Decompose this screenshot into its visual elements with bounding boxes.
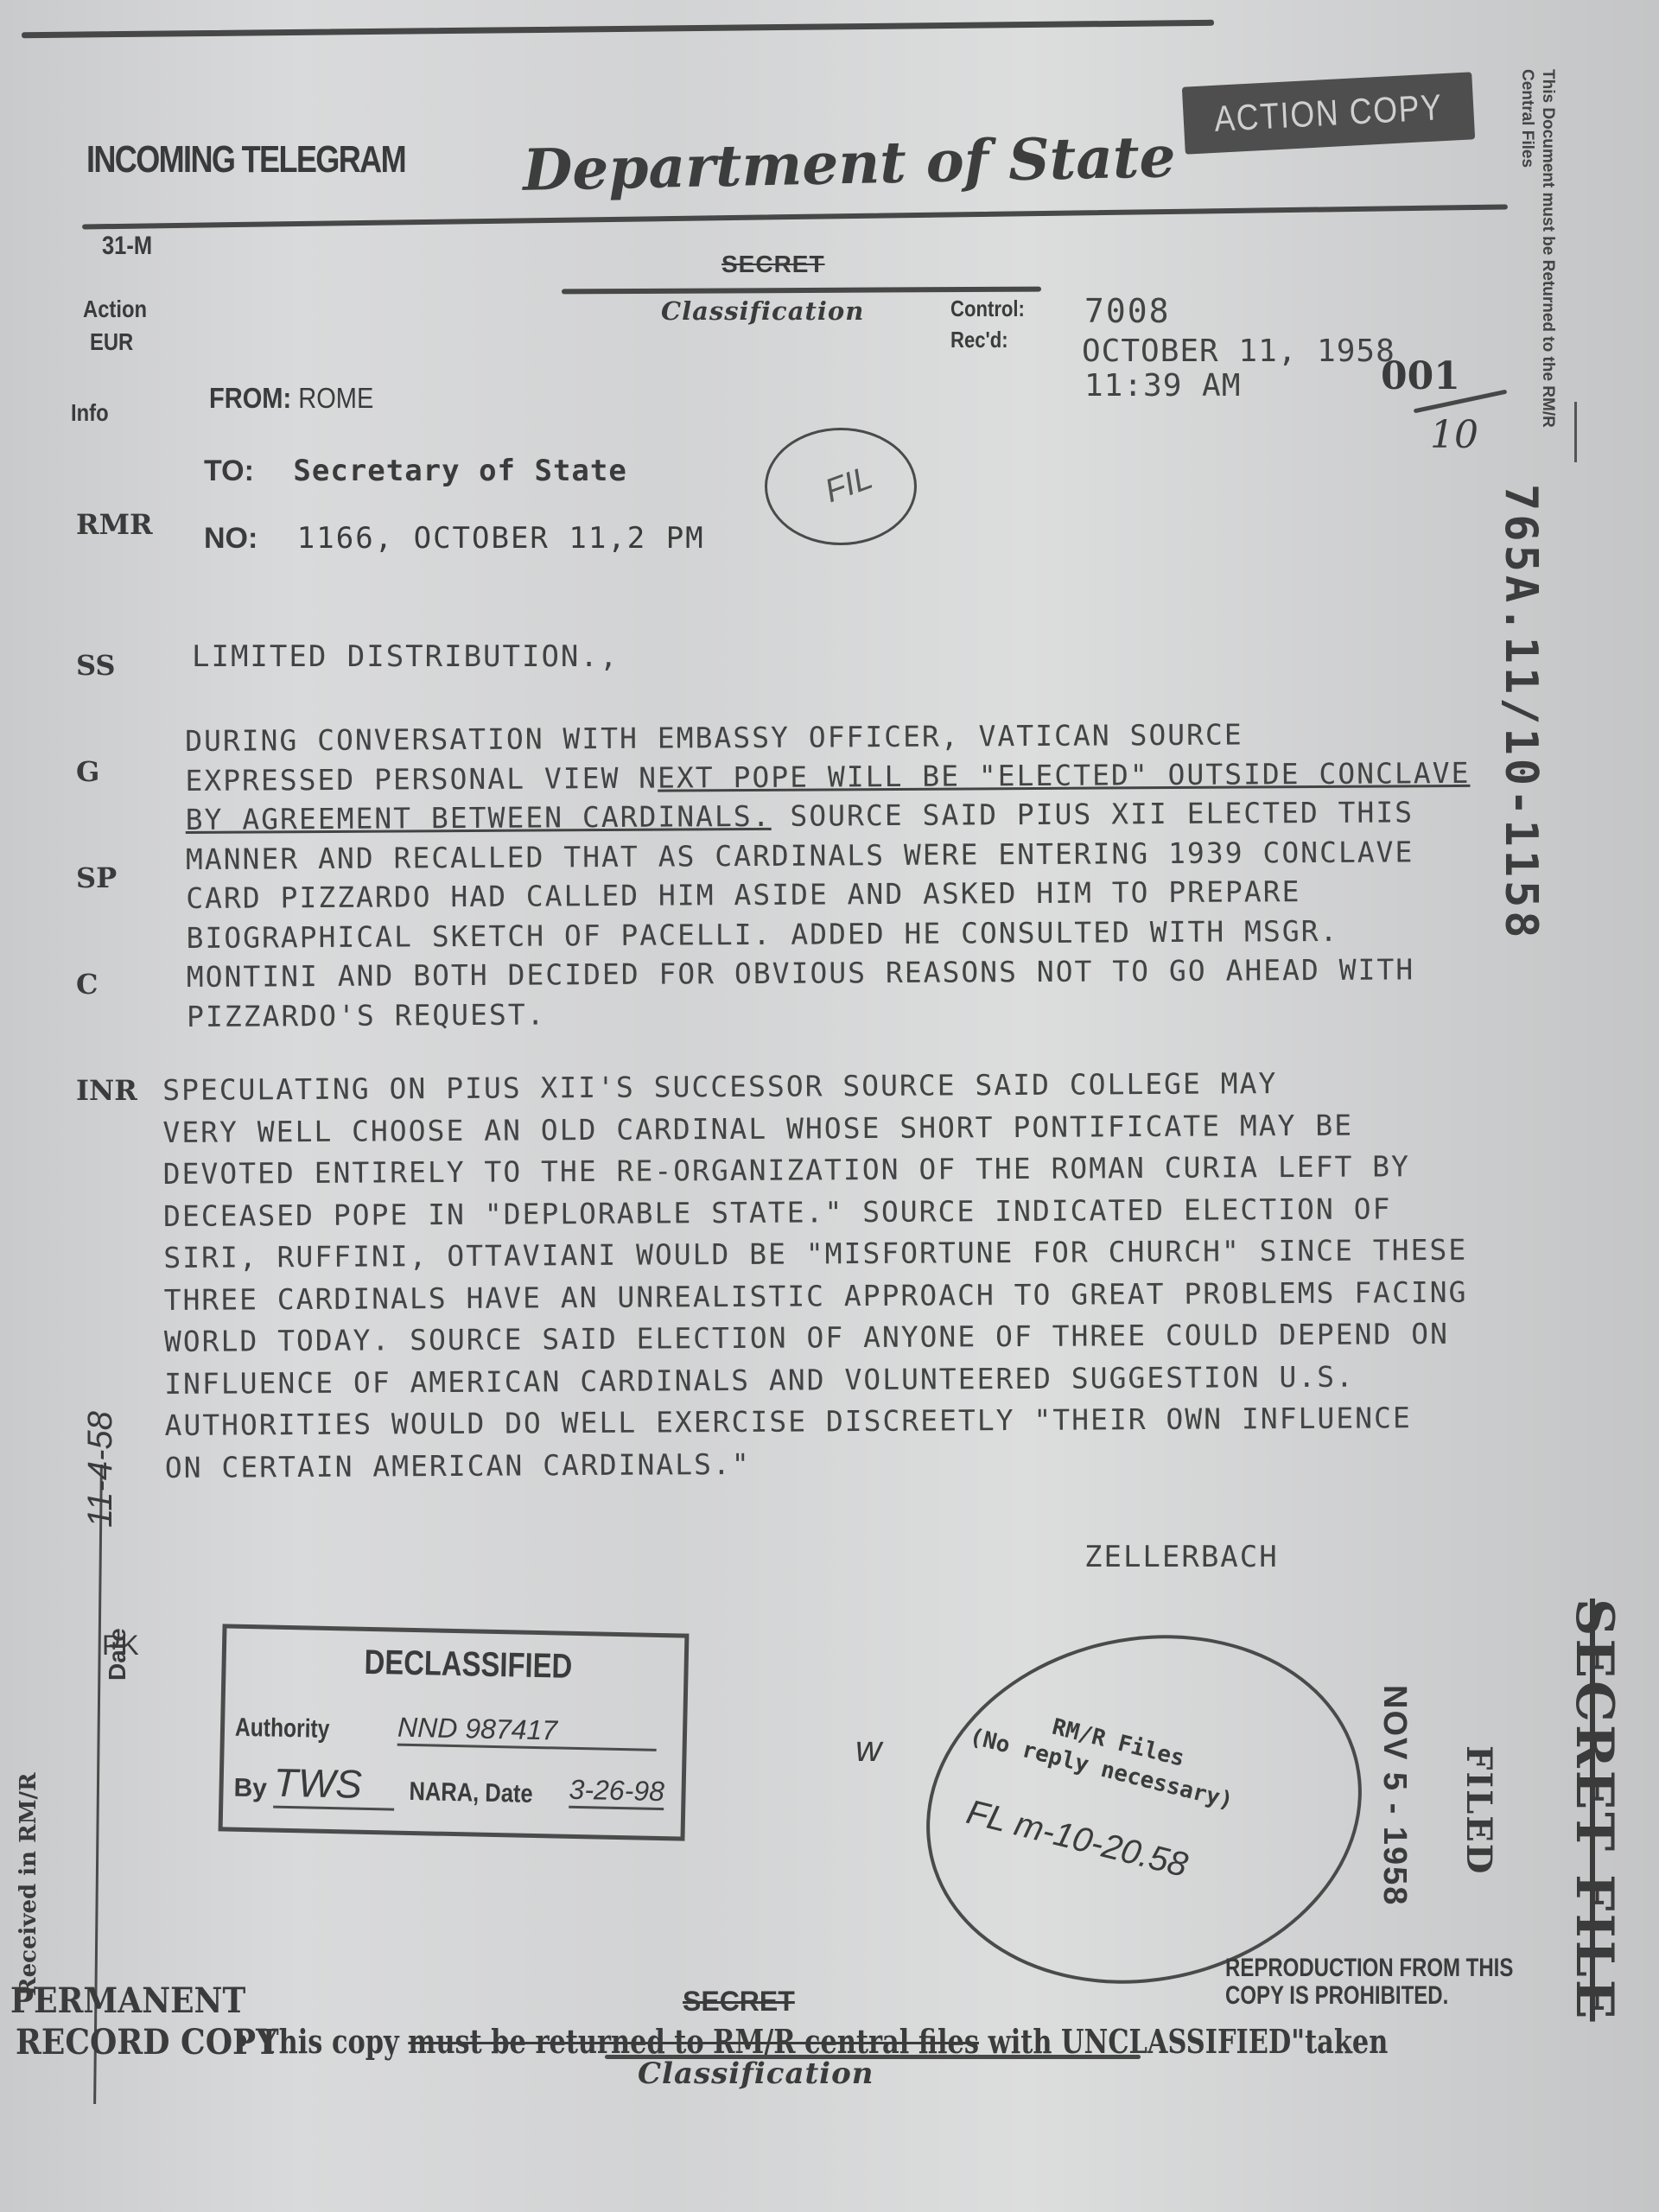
authority-value: NND 987417 [397, 1712, 658, 1751]
body-line: PIZZARDO'S REQUEST. [187, 988, 1471, 1036]
to-label: TO: [204, 454, 254, 487]
info-label: Info [71, 399, 109, 427]
body-text: SOURCE SAID PIUS XII ELECTED THIS [771, 795, 1414, 833]
body-line: SIRI, RUFFINI, OTTAVIANI WOULD BE "MISFO… [163, 1230, 1467, 1280]
body-text: EXPRESSED PERSONAL VIEW N [185, 760, 658, 797]
body-line: WORLD TODAY. SOURCE SAID ELECTION OF ANY… [164, 1313, 1468, 1363]
classification-label-bottom: Classification [638, 2056, 874, 2091]
action-copy-stamp: ACTION COPY [1182, 72, 1475, 154]
info-item: RMR [76, 507, 153, 543]
underlined-text: EXT POPE WILL BE "ELECTED" OUTSIDE CONCL… [658, 755, 1471, 794]
filed-date-stamp: NOV 5 - 1958 [1376, 1685, 1413, 1906]
control-value: 7008 [1084, 292, 1171, 330]
control-label: Control: [950, 296, 1025, 322]
info-item: SP [76, 861, 153, 896]
declassified-title: DECLASSIFIED [364, 1643, 572, 1687]
body-line: DEVOTED ENTIRELY TO THE RE-ORGANIZATION … [163, 1146, 1467, 1196]
file-mark-top: 001 [1381, 354, 1460, 398]
nara-date-value: 3-26-98 [569, 1774, 664, 1810]
info-routing-list: RMR SS G SP C INR [76, 436, 153, 1179]
received-date: OCTOBER 11, 1958 [1082, 334, 1395, 369]
info-item: INR [76, 1073, 153, 1109]
by-signature: TWS [273, 1759, 395, 1811]
reference-number: 31-M [102, 232, 152, 261]
body-line: SPECULATING ON PIUS XII'S SUCCESSOR SOUR… [162, 1062, 1466, 1112]
classification-value-top: SECRET [721, 251, 825, 278]
action-value: EUR [90, 328, 133, 356]
header-rule [82, 204, 1508, 229]
from-row: FROM: ROME [209, 382, 373, 415]
classification-rule-top [562, 287, 1041, 295]
by-label: By [233, 1774, 267, 1804]
authority-label: Authority [235, 1713, 330, 1745]
underlined-text: BY AGREEMENT BETWEEN CARDINALS. [186, 799, 772, 836]
decimal-file-number: 765A.11/10-1158 [1495, 484, 1547, 942]
return-to-central-files-notice: This Document must be Returned to the RM… [1516, 69, 1558, 432]
to-row: TO: Secretary of State [204, 454, 627, 488]
body-paragraph-2: SPECULATING ON PIUS XII'S SUCCESSOR SOUR… [162, 1062, 1469, 1489]
filed-stamp: FILED [1459, 1745, 1499, 1875]
info-item: C [76, 967, 153, 1002]
body-line: AUTHORITIES WOULD DO WELL EXERCISE DISCR… [164, 1397, 1468, 1447]
number-label: NO: [204, 522, 257, 555]
received-time: 11:39 AM [1084, 368, 1241, 404]
permanent-label: PERMANENT [10, 1980, 245, 2021]
agency-title: Department of State [522, 123, 1176, 204]
file-mark-bottom: 10 [1430, 413, 1478, 457]
telegram-document: INCOMING TELEGRAM Department of State AC… [0, 0, 1659, 2212]
margin-date-handwritten: 11-4-58 [81, 1411, 120, 1528]
number-value: 1166, OCTOBER 11,2 PM [297, 521, 705, 556]
body-line: MONTINI AND BOTH DECIDED FOR OBVIOUS REA… [187, 950, 1471, 997]
secret-file-stamp: SECRET FILE [1564, 1599, 1624, 2022]
rm-side-mark: w [855, 1728, 881, 1770]
body-line: ON CERTAIN AMERICAN CARDINALS." [165, 1439, 1469, 1489]
declassified-stamp: DECLASSIFIED Authority NND 987417 By TWS… [219, 1624, 690, 1840]
from-label: FROM: [209, 382, 291, 414]
classification-value-bottom: SECRET [683, 1986, 795, 2018]
from-value: ROME [298, 382, 373, 414]
signer-name: ZELLERBACH [1084, 1540, 1279, 1574]
margin-rule [1574, 402, 1577, 462]
top-rule [22, 20, 1214, 38]
nara-date-label: NARA, Date [409, 1777, 533, 1809]
reproduction-prohibited-notice: REPRODUCTION FROM THIS COPY IS PROHIBITE… [1225, 1955, 1513, 2010]
distribution-notice: LIMITED DISTRIBUTION., [192, 639, 619, 674]
number-row: NO: 1166, OCTOBER 11,2 PM [204, 521, 705, 556]
body-paragraph-1: DURING CONVERSATION WITH EMBASSY OFFICER… [185, 714, 1471, 1036]
info-item: G [76, 754, 153, 790]
footer-bullet: • [233, 2022, 250, 2061]
notice-start: This copy [259, 2022, 408, 2061]
to-value: Secretary of State [293, 454, 626, 488]
classification-label-top: Classification [661, 296, 864, 326]
action-label: Action [83, 296, 147, 323]
margin-initials: PK [102, 1630, 139, 1662]
info-item: SS [76, 648, 153, 683]
form-type-title: INCOMING TELEGRAM [86, 138, 405, 181]
received-label: Rec'd: [950, 327, 1008, 353]
received-in-rmr-stamp: Received in RM/R [16, 1772, 41, 1996]
